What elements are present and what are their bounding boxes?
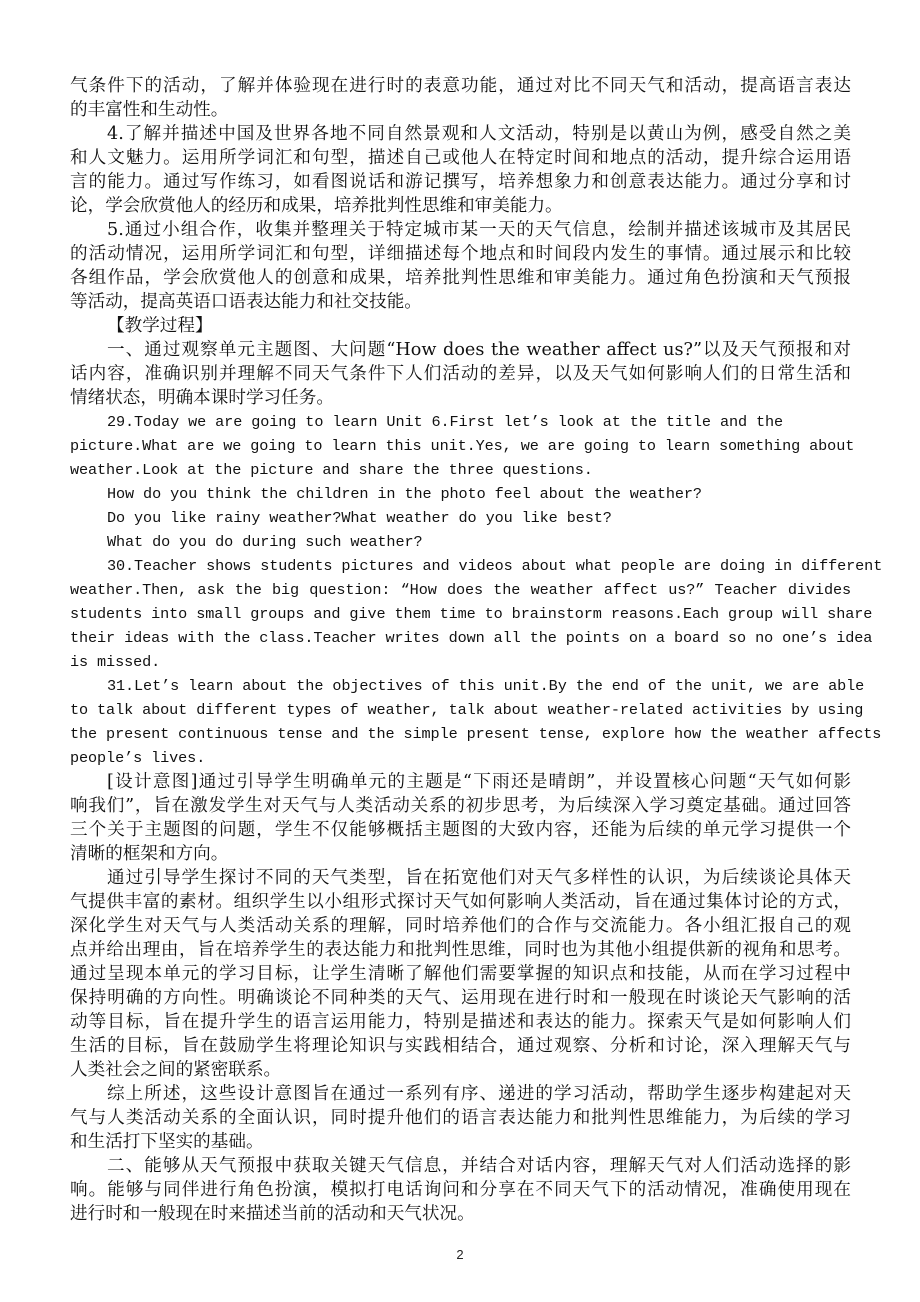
- text-line: 气条件下的活动，了解并体验现在进行时的表意功能，通过对比不同天气和活动，提高语言…: [70, 74, 851, 98]
- text-line: 5.通过小组合作，收集并整理关于特定城市某一天的天气信息，绘制并描述该城市及其居…: [70, 218, 851, 242]
- text-line: weather.Look at the picture and share th…: [70, 458, 851, 482]
- document-page: 2 气条件下的活动，了解并体验现在进行时的表意功能，通过对比不同天气和活动，提高…: [0, 0, 920, 1302]
- text-line: Do you like rainy weather?What weather d…: [70, 506, 851, 530]
- text-line: 通过呈现本单元的学习目标，让学生清晰了解他们需要掌握的知识点和技能，从而在学习过…: [70, 962, 851, 986]
- text-line: 深化学生对天气与人类活动关系的理解，同时培养他们的合作与交流能力。各小组汇报自己…: [70, 914, 851, 938]
- text-line: 等活动，提高英语口语表达能力和社交技能。: [70, 290, 851, 314]
- text-line: [设计意图]通过引导学生明确单元的主题是“下雨还是晴朗”，并设置核心问题“天气如…: [70, 770, 851, 794]
- text-line: 言的能力。通过写作练习，如看图说话和游记撰写，培养想象力和创意表达能力。通过分享…: [70, 170, 851, 194]
- text-line: 的活动情况，运用所学词汇和句型，详细描述每个地点和时间段内发生的事情。通过展示和…: [70, 242, 851, 266]
- text-line: people’s lives.: [70, 746, 851, 770]
- text-line: 31.Let’s learn about the objectives of t…: [70, 674, 851, 698]
- text-line: weather.Then, ask the big question: “How…: [70, 578, 851, 602]
- text-line: their ideas with the class.Teacher write…: [70, 626, 851, 650]
- text-line: 各组作品，学会欣赏他人的创意和成果，培养批判性思维和审美能力。通过角色扮演和天气…: [70, 266, 851, 290]
- text-line: 保持明确的方向性。明确谈论不同种类的天气、运用现在进行时和一般现在时谈论天气影响…: [70, 986, 851, 1010]
- text-line: 通过引导学生探讨不同的天气类型，旨在拓宽他们对天气多样性的认识，为后续谈论具体天: [70, 866, 851, 890]
- text-line: 二、能够从天气预报中获取关键天气信息，并结合对话内容，理解天气对人们活动选择的影: [70, 1154, 851, 1178]
- text-line: students into small groups and give them…: [70, 602, 851, 626]
- text-line: 的丰富性和生动性。: [70, 98, 851, 122]
- page-number: 2: [0, 1247, 920, 1262]
- text-line: 气与人类活动关系的全面认识，同时提升他们的语言表达能力和批判性思维能力，为后续的…: [70, 1106, 851, 1130]
- text-line: 论，学会欣赏他人的经历和成果，培养批判性思维和审美能力。: [70, 194, 851, 218]
- text-line: picture.What are we going to learn this …: [70, 434, 851, 458]
- text-line: 情绪状态，明确本课时学习任务。: [70, 386, 851, 410]
- text-line: 响我们”，旨在激发学生对天气与人类活动关系的初步思考，为后续深入学习奠定基础。通…: [70, 794, 851, 818]
- text-line: 综上所述，这些设计意图旨在通过一系列有序、递进的学习活动，帮助学生逐步构建起对天: [70, 1082, 851, 1106]
- text-line: 29.Today we are going to learn Unit 6.Fi…: [70, 410, 851, 434]
- text-line: the present continuous tense and the sim…: [70, 722, 851, 746]
- text-line: 响。能够与同伴进行角色扮演，模拟打电话询问和分享在不同天气下的活动情况，准确使用…: [70, 1178, 851, 1202]
- text-line: 点并给出理由，旨在培养学生的表达能力和批判性思维，同时也为其他小组提供新的视角和…: [70, 938, 851, 962]
- text-line: 气提供丰富的素材。组织学生以小组形式探讨天气如何影响人类活动，旨在通过集体讨论的…: [70, 890, 851, 914]
- text-line: 30.Teacher shows students pictures and v…: [70, 554, 851, 578]
- text-line: 人类社会之间的紧密联系。: [70, 1058, 851, 1082]
- text-line: is missed.: [70, 650, 851, 674]
- text-line: to talk about different types of weather…: [70, 698, 851, 722]
- text-line: What do you do during such weather?: [70, 530, 851, 554]
- text-line: 三个关于主题图的问题，学生不仅能够概括主题图的大致内容，还能为后续的单元学习提供…: [70, 818, 851, 842]
- text-line: 话内容，准确识别并理解不同天气条件下人们活动的差异，以及天气如何影响人们的日常生…: [70, 362, 851, 386]
- text-line: How do you think the children in the pho…: [70, 482, 851, 506]
- text-line: 动等目标，旨在提升学生的语言运用能力，特别是描述和表达的能力。探索天气是如何影响…: [70, 1010, 851, 1034]
- text-line: 【教学过程】: [70, 314, 888, 338]
- text-line: 进行时和一般现在时来描述当前的活动和天气状况。: [70, 1202, 851, 1226]
- text-line: 生活的目标，旨在鼓励学生将理论知识与实践相结合，通过观察、分析和讨论，深入理解天…: [70, 1034, 851, 1058]
- text-line: 4.了解并描述中国及世界各地不同自然景观和人文活动，特别是以黄山为例，感受自然之…: [70, 122, 851, 146]
- text-line: 清晰的框架和方向。: [70, 842, 851, 866]
- text-line: 一、通过观察单元主题图、大问题“How does the weather aff…: [70, 338, 851, 362]
- text-line: 和生活打下坚实的基础。: [70, 1130, 851, 1154]
- text-line: 和人文魅力。运用所学词汇和句型，描述自己或他人在特定时间和地点的活动，提升综合运…: [70, 146, 851, 170]
